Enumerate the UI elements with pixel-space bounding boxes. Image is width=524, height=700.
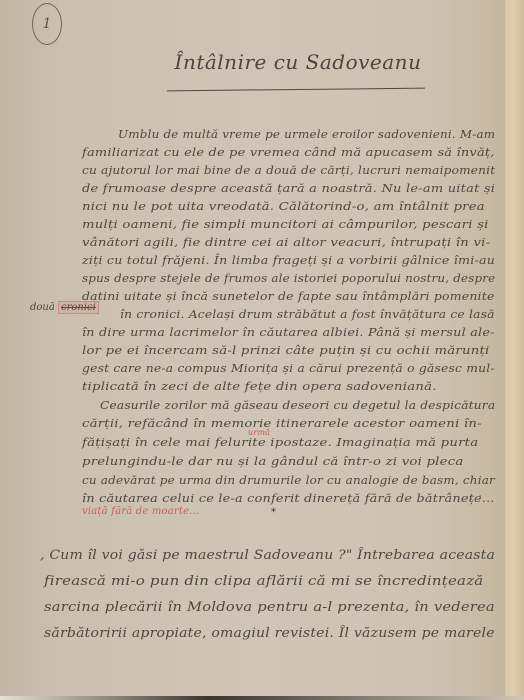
text-line: vânători agili, fie dintre cei ai altor …: [82, 235, 490, 249]
text-line: tiplicată în zeci de alte fețe din opera…: [82, 379, 437, 393]
text-line: fățișați în cele mai felurite ipostaze. …: [82, 435, 478, 449]
text-line: în căutarea celui ce le-a conferit diner…: [82, 491, 495, 505]
text-line: datini uitate și încă sunetelor de fapte…: [82, 289, 495, 303]
text-line: mulți oameni, fie simpli muncitori ai câ…: [82, 217, 489, 231]
text-line: sărbătoririi apropiate, omagiul revistei…: [44, 626, 495, 641]
struck-word-red-box: cronici: [58, 301, 99, 314]
text-line: spus despre stejele de frumos ale istori…: [82, 271, 495, 285]
margin-word: două: [30, 302, 55, 313]
page-number-circle: 1: [32, 3, 62, 45]
margin-annotation: două cronici: [30, 301, 99, 314]
text-line: în cronici. Același drum străbătut a fos…: [120, 307, 495, 321]
manuscript-page: 1 Întâlnire cu Sadoveanu Umblu de multă …: [0, 0, 510, 700]
red-mark: :.:: [470, 489, 482, 503]
text-line: firească mi-o pun din clipa aflării că m…: [44, 574, 483, 589]
text-line: de frumoase despre această țară a noastr…: [82, 181, 495, 195]
text-line: cu adevărat pe urma din drumurile lor cu…: [82, 473, 495, 487]
text-line: nici nu le pot uita vreodată. Călătorind…: [82, 199, 485, 213]
text-line: în dire urma lacrimelor în căutarea albi…: [82, 325, 495, 339]
text-line: lor pe ei încercam să-l prinzi câte puți…: [82, 343, 489, 357]
text-line: Ceasurile zorilor mă găseau deseori cu d…: [100, 398, 495, 412]
text-line: sarcina plecării în Moldova pentru a-l p…: [44, 600, 495, 615]
text-line: , Cum îl voi găsi pe maestrul Sadoveanu …: [40, 548, 495, 563]
bottom-shadow: [0, 696, 524, 700]
section-break-asterisk: *: [271, 507, 276, 518]
text-line: cărții, refăcând în memorie itinerarele …: [82, 416, 482, 430]
page-title: Întâlnire cu Sadoveanu: [168, 50, 428, 74]
text-line-red: viață fără de moarte...: [82, 506, 199, 517]
page-number: 1: [43, 16, 52, 32]
text-line: Umblu de multă vreme pe urmele eroilor s…: [118, 127, 495, 141]
text-line: ziți cu totul frăjeni. În limba frageți …: [82, 253, 495, 267]
paper-edge: [505, 0, 524, 700]
title-underline: [167, 88, 425, 92]
text-line: cu ajutorul lor mai bine de a două de că…: [82, 163, 495, 177]
text-line: prelungindu-le dar nu și la gândul că în…: [82, 454, 463, 468]
text-line: familiarizat cu ele de pe vremea când mă…: [82, 145, 495, 159]
text-line: gest care ne-a compus Miorița și a cărui…: [82, 361, 495, 375]
